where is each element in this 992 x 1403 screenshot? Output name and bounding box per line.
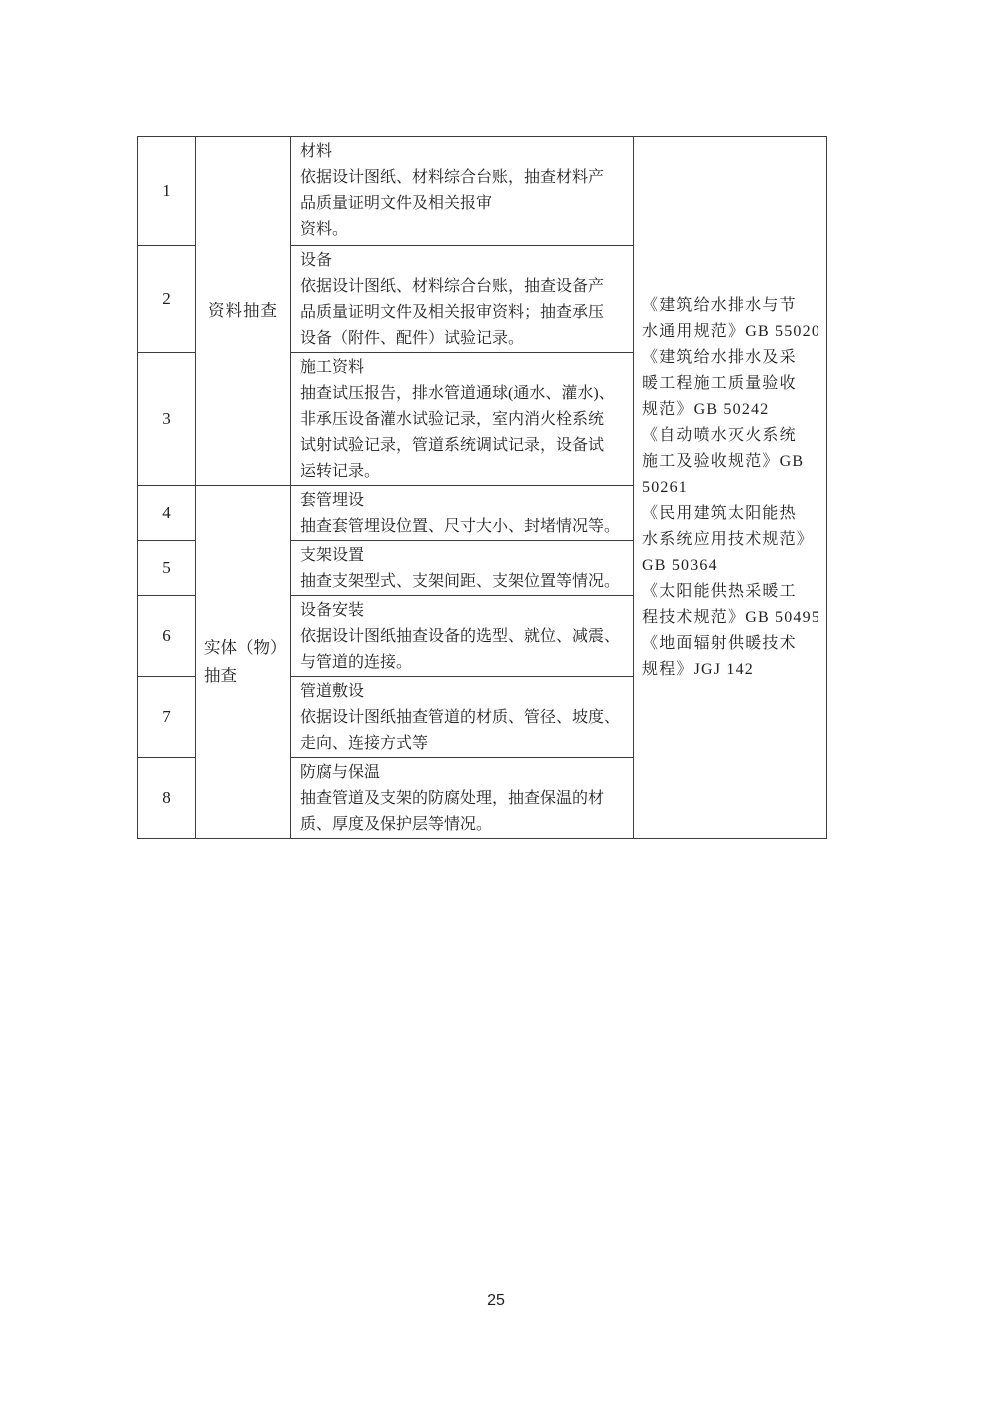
row-number: 1 <box>138 137 196 246</box>
item-title: 设备 <box>300 248 624 274</box>
item-title: 支架设置 <box>300 543 624 569</box>
row-number: 3 <box>138 353 196 486</box>
description-cell: 防腐与保温 抽查管道及支架的防腐处理，抽查保温的材 质、厚度及保护层等情况。 <box>291 758 634 839</box>
standards-text: 《建筑给水排水与节 水通用规范》GB 55020 《建筑给水排水及采 暖工程施工… <box>642 293 818 683</box>
table-row: 1 资料抽查 材料 依据设计图纸、材料综合台账，抽查材料产 品质量证明文件及相关… <box>138 137 827 246</box>
item-title: 防腐与保温 <box>300 760 624 786</box>
row-number: 4 <box>138 486 196 541</box>
description-cell: 材料 依据设计图纸、材料综合台账，抽查材料产 品质量证明文件及相关报审 资料。 <box>291 137 634 246</box>
item-description: 依据设计图纸抽查设备的选型、就位、减震、 与管道的连接。 <box>300 624 624 676</box>
category-label: 实体（物） 抽查 <box>204 634 290 690</box>
item-description: 依据设计图纸抽查管道的材质、管径、坡度、 走向、连接方式等 <box>300 705 624 757</box>
row-number: 6 <box>138 596 196 677</box>
item-description: 抽查套管埋设位置、尺寸大小、封堵情况等。 <box>300 514 624 540</box>
item-description: 抽查试压报告，排水管道通球(通水、灌水)、 非承压设备灌水试验记录，室内消火栓系… <box>300 381 624 485</box>
item-title: 施工资料 <box>300 355 624 381</box>
item-description: 抽查管道及支架的防腐处理，抽查保温的材 质、厚度及保护层等情况。 <box>300 786 624 838</box>
row-number: 2 <box>138 246 196 353</box>
description-cell: 套管埋设 抽查套管埋设位置、尺寸大小、封堵情况等。 <box>291 486 634 541</box>
item-description: 依据设计图纸、材料综合台账，抽查材料产 品质量证明文件及相关报审 资料。 <box>300 165 624 243</box>
item-title: 套管埋设 <box>300 488 624 514</box>
description-cell: 施工资料 抽查试压报告，排水管道通球(通水、灌水)、 非承压设备灌水试验记录，室… <box>291 353 634 486</box>
description-cell: 设备安装 依据设计图纸抽查设备的选型、就位、减震、 与管道的连接。 <box>291 596 634 677</box>
item-description: 抽查支架型式、支架间距、支架位置等情况。 <box>300 569 624 595</box>
item-title: 设备安装 <box>300 598 624 624</box>
page-number: 25 <box>0 1292 992 1310</box>
document-page: 1 资料抽查 材料 依据设计图纸、材料综合台账，抽查材料产 品质量证明文件及相关… <box>0 0 992 1403</box>
description-cell: 支架设置 抽查支架型式、支架间距、支架位置等情况。 <box>291 541 634 596</box>
item-title: 管道敷设 <box>300 679 624 705</box>
description-cell: 管道敷设 依据设计图纸抽查管道的材质、管径、坡度、 走向、连接方式等 <box>291 677 634 758</box>
inspection-table: 1 资料抽查 材料 依据设计图纸、材料综合台账，抽查材料产 品质量证明文件及相关… <box>137 136 827 839</box>
category-label: 资料抽查 <box>196 297 290 325</box>
row-number: 8 <box>138 758 196 839</box>
row-number: 5 <box>138 541 196 596</box>
category-cell-physical-check: 实体（物） 抽查 <box>196 486 291 839</box>
standards-cell: 《建筑给水排水与节 水通用规范》GB 55020 《建筑给水排水及采 暖工程施工… <box>634 137 827 839</box>
row-number: 7 <box>138 677 196 758</box>
category-cell-document-check: 资料抽查 <box>196 137 291 486</box>
item-description: 依据设计图纸、材料综合台账，抽查设备产 品质量证明文件及相关报审资料；抽查承压 … <box>300 274 624 352</box>
item-title: 材料 <box>300 139 624 165</box>
description-cell: 设备 依据设计图纸、材料综合台账，抽查设备产 品质量证明文件及相关报审资料；抽查… <box>291 246 634 353</box>
